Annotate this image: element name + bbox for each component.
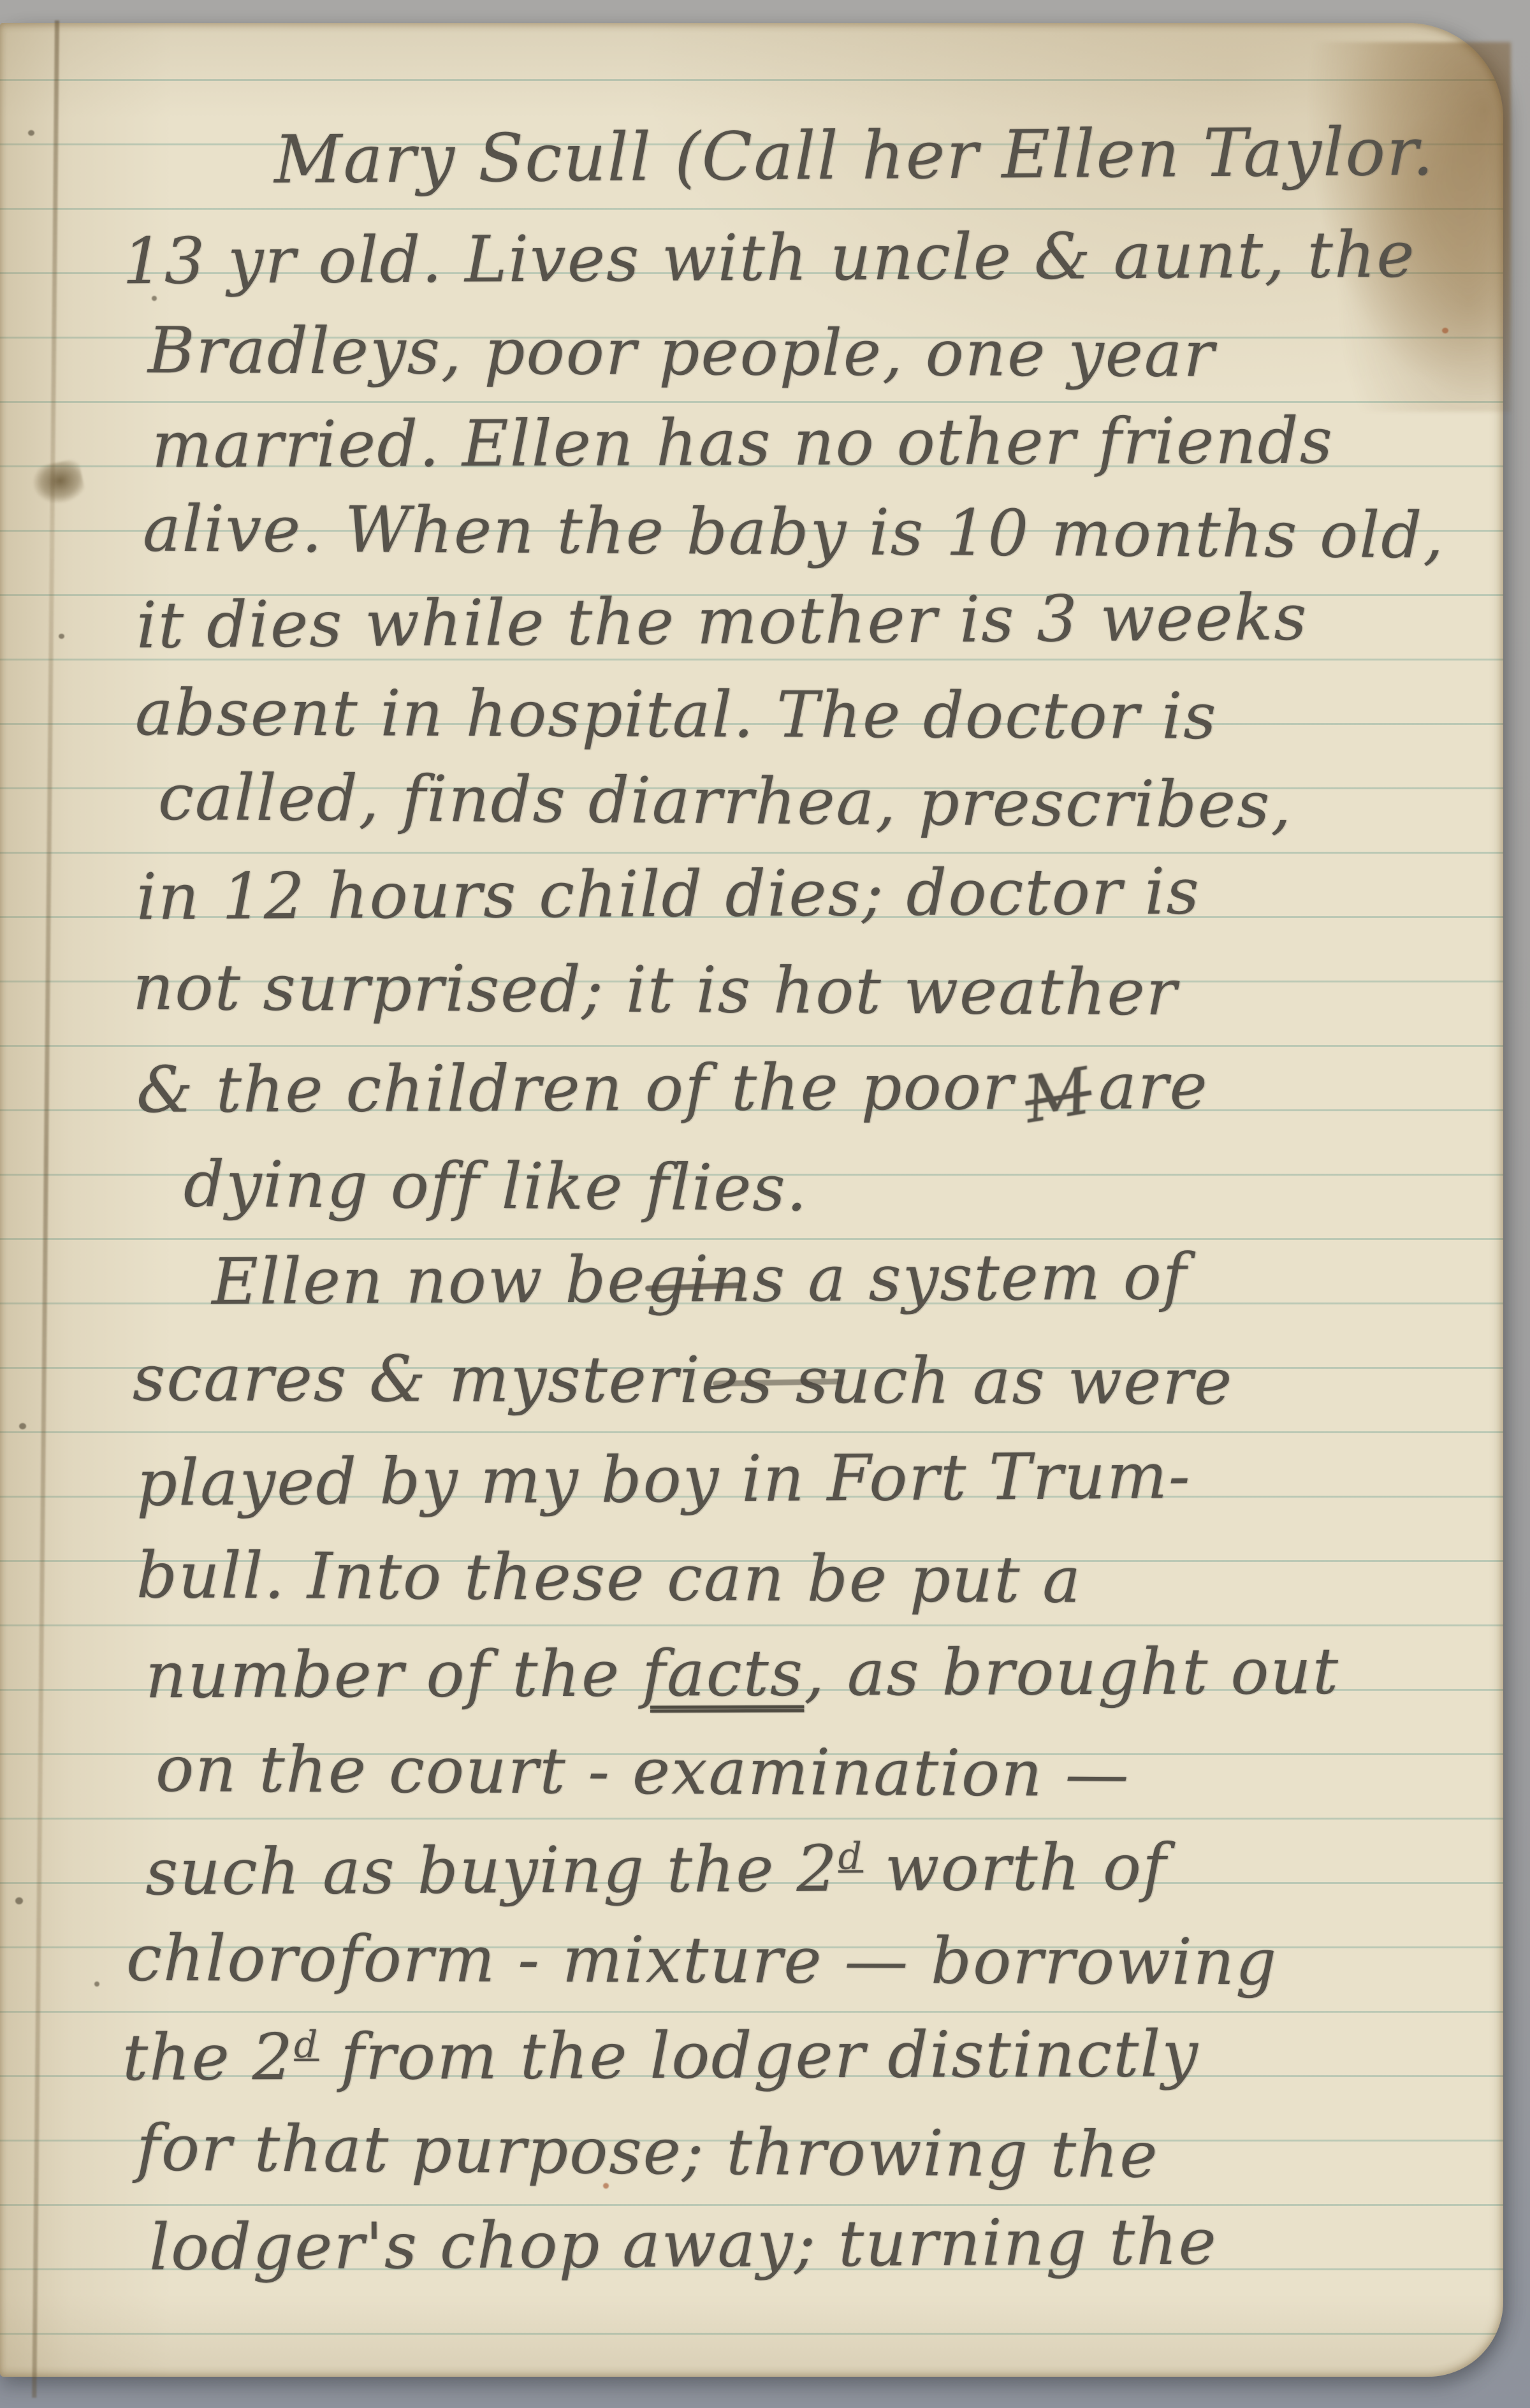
line-text: absent in hospital. The doctor is — [135, 675, 1218, 754]
manuscript-line-8: called, finds diarrhea, prescribes, — [158, 764, 1293, 838]
line-text: married. Ellen has no other friends — [152, 404, 1334, 482]
manuscript-line-20: chloroform - mixture — borrowing — [126, 1925, 1278, 1996]
manuscript-line-12: dying off like flies. — [184, 1151, 808, 1222]
manuscript-line-16: bull. Into these can be put a — [136, 1542, 1082, 1614]
line-text: from the lodger distinctly — [319, 2017, 1199, 2094]
manuscript-line-21: the 2d from the lodger distinctly — [122, 2020, 1199, 2091]
rust-speck — [1442, 328, 1448, 333]
manuscript-line-5: alive. When the baby is 10 months old, — [143, 495, 1445, 569]
line-text: it dies while the mother is 3 weeks — [136, 580, 1308, 663]
manuscript-line-10: not surprised; it is hot weather — [133, 954, 1178, 1026]
binding-crease — [32, 20, 59, 2398]
line-text: chloroform - mixture — borrowing — [126, 1921, 1278, 1999]
line-text: 13 yr old. Lives with uncle & aunt, the — [122, 217, 1416, 299]
manuscript-line-19: such as buying the 2d worth of — [145, 1834, 1168, 1906]
line-text: number of the — [145, 1637, 642, 1713]
superscript-d: d — [294, 2025, 319, 2064]
paper-speck — [28, 130, 34, 136]
manuscript-line-6: it dies while the mother is 3 weeks — [136, 584, 1308, 659]
line-text: in 12 hours child dies; doctor is — [136, 854, 1200, 935]
line-text: alive. When the baby is 10 months old, — [143, 492, 1445, 573]
manuscript-line-9: in 12 hours child dies; doctor is — [136, 858, 1200, 931]
manuscript-line-3: Bradleys, poor people, one year — [148, 317, 1216, 388]
line-text: not surprised; it is hot weather — [133, 950, 1178, 1030]
crossed-out-scribble: M — [1019, 1057, 1096, 1134]
line-text: the 2 — [122, 2020, 295, 2095]
line-text: such as buying the 2 — [145, 1832, 839, 1910]
line-text: on the court - examination — — [156, 1732, 1130, 1811]
line-text: & the children of the poor — [136, 1049, 1014, 1127]
manuscript-line-23: lodger's chop away; turning the — [149, 2208, 1218, 2281]
manuscript-line-2: 13 yr old. Lives with uncle & aunt, the — [122, 221, 1416, 295]
line-text: called, finds diarrhea, prescribes, — [158, 760, 1293, 842]
notebook-page: Mary Scull (Call her Ellen Taylor. 13 yr… — [0, 23, 1503, 2377]
manuscript-line-15: played by my boy in Fort Trum- — [136, 1442, 1191, 1517]
line-text: Mary Scull (Call her Ellen Taylor. — [274, 113, 1435, 199]
manuscript-line-17: number of the facts, as brought out — [145, 1638, 1339, 1709]
manuscript-line-11: & the children of the poorMare — [136, 1053, 1209, 1123]
line-text: dying off like flies. — [184, 1147, 808, 1226]
paper-speck — [19, 1423, 26, 1429]
paper-speck — [94, 1981, 99, 1987]
manuscript-line-13: Ellen now begins a system of — [212, 1243, 1188, 1315]
paper-speck — [59, 634, 64, 639]
line-text: are — [1098, 1049, 1209, 1124]
line-text: bull. Into these can be put a — [136, 1538, 1082, 1617]
manuscript-line-4: married. Ellen has no other friends — [152, 407, 1334, 478]
manuscript-line-18: on the court - examination — — [156, 1735, 1130, 1807]
manuscript-line-14: scares & mysteries such as were — [133, 1345, 1234, 1415]
manuscript-line-22: for that purpose; throwing the — [136, 2114, 1159, 2188]
line-text: , as brought out — [804, 1634, 1339, 1711]
line-text: Bradleys, poor people, one year — [148, 313, 1216, 391]
line-text: played by my boy in Fort Trum- — [136, 1438, 1191, 1521]
line-text: for that purpose; throwing the — [136, 2110, 1159, 2192]
manuscript-line-1: Mary Scull (Call her Ellen Taylor. — [274, 117, 1435, 195]
line-text: lodger's chop away; turning the — [149, 2205, 1218, 2285]
underlined-word: facts — [642, 1636, 805, 1711]
line-text: worth of — [863, 1830, 1168, 1906]
binding-stitch-knot — [29, 458, 87, 509]
manuscript-line-7: absent in hospital. The doctor is — [135, 679, 1218, 750]
paper-speck — [15, 1897, 23, 1904]
superscript-d: d — [838, 1837, 863, 1876]
line-text: scares & mysteries such as were — [133, 1341, 1234, 1419]
line-text: Ellen now begins a system of — [212, 1239, 1188, 1319]
